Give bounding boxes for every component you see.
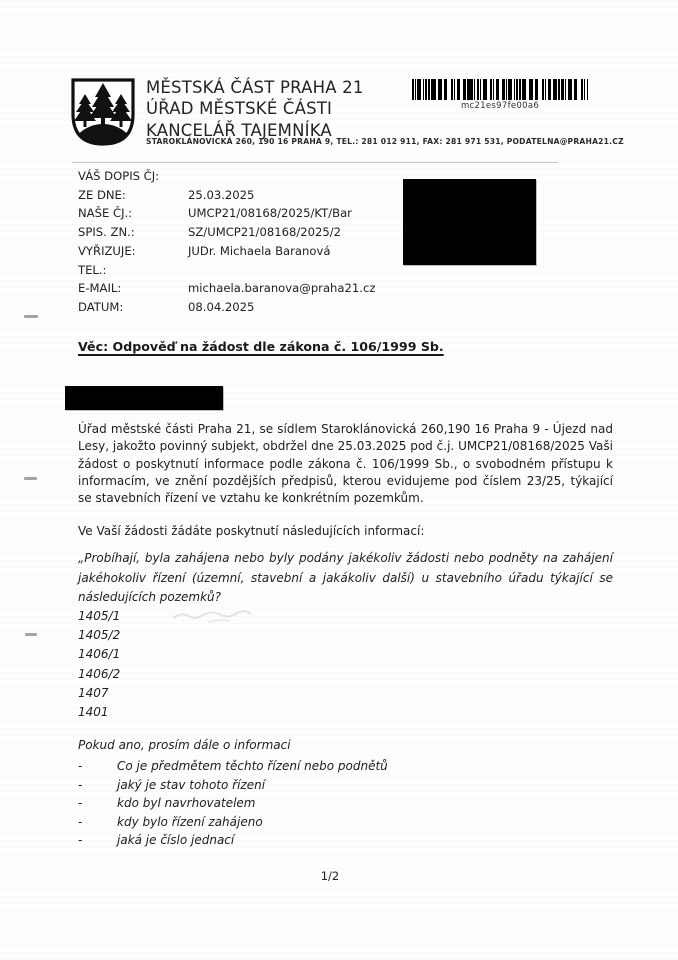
parcel-number: 1406/2 [78, 665, 120, 684]
list-item: -kdo byl navrhovatelem [78, 794, 388, 813]
body-paragraph-intro: Úřad městské části Praha 21, se sídlem S… [78, 421, 613, 507]
letterhead-org-block: MĚSTSKÁ ČÁST PRAHA 21 ÚŘAD MĚSTSKÉ ČÁSTI… [146, 77, 364, 141]
followup-item-text: kdo byl navrhovatelem [117, 794, 255, 813]
meta-label: ZE DNE: [78, 186, 188, 205]
meta-label: VYŘIZUJE: [78, 242, 188, 261]
meta-value: michaela.baranova@praha21.cz [188, 279, 375, 298]
fold-mark [24, 477, 37, 480]
org-name-line1: MĚSTSKÁ ČÁST PRAHA 21 [146, 77, 364, 98]
parcel-number-list: 1405/1 1405/2 1406/1 1406/2 1407 1401 [78, 607, 120, 722]
meta-row-vyrizuje: VYŘIZUJE:JUDr. Michaela Baranová [78, 242, 375, 261]
meta-row-spis-zn: SPIS. ZN.:SZ/UMCP21/08168/2025/2 [78, 223, 375, 242]
barcode-label: mc21es97fe00a6 [412, 101, 588, 111]
document-barcode: mc21es97fe00a6 [412, 79, 588, 111]
dash-bullet: - [78, 794, 117, 813]
header-divider [72, 162, 558, 163]
redacted-recipient-block [403, 179, 536, 265]
meta-label: DATUM: [78, 298, 188, 317]
meta-value: 25.03.2025 [188, 186, 254, 205]
barcode-icon [412, 79, 588, 100]
meta-label: VÁŠ DOPIS ČJ: [78, 167, 188, 186]
parcel-number: 1401 [78, 703, 120, 722]
meta-value: UMCP21/08168/2025/KT/Bar [188, 204, 352, 223]
meta-value: JUDr. Michaela Baranová [188, 242, 330, 261]
followup-item-text: Co je předmětem těchto řízení nebo podně… [117, 757, 388, 776]
list-item: -jaký je stav tohoto řízení [78, 776, 388, 795]
meta-row-nase-cj: NAŠE ČJ.:UMCP21/08168/2025/KT/Bar [78, 204, 375, 223]
list-item: -Co je předmětem těchto řízení nebo podn… [78, 757, 388, 776]
parcel-number: 1405/1 [78, 607, 120, 626]
fold-mark [25, 633, 37, 636]
scanned-letter-page: MĚSTSKÁ ČÁST PRAHA 21 ÚŘAD MĚSTSKÉ ČÁSTI… [0, 0, 678, 960]
fold-mark [24, 315, 38, 318]
coat-of-arms-icon [68, 76, 138, 148]
dash-bullet: - [78, 831, 117, 850]
meta-row-datum: DATUM:08.04.2025 [78, 298, 375, 317]
quoted-request-text: „Probíhají, byla zahájena nebo byly podá… [78, 549, 613, 608]
list-item: -jaká je číslo jednací [78, 831, 388, 850]
page-number: 1/2 [0, 869, 660, 883]
meta-value: SZ/UMCP21/08168/2025/2 [188, 223, 341, 242]
meta-label: NAŠE ČJ.: [78, 204, 188, 223]
reference-metadata-block: VÁŠ DOPIS ČJ: ZE DNE:25.03.2025 NAŠE ČJ.… [78, 167, 375, 317]
pencil-smudge-artifact [168, 606, 268, 626]
followup-question-list: -Co je předmětem těchto řízení nebo podn… [78, 757, 388, 850]
meta-row-ze-dne: ZE DNE:25.03.2025 [78, 186, 375, 205]
letterhead-address-line: STAROKLÁNOVICKÁ 260, 190 16 PRAHA 9, TEL… [146, 137, 624, 146]
parcel-number: 1406/1 [78, 645, 120, 664]
meta-label: SPIS. ZN.: [78, 223, 188, 242]
meta-row-tel: TEL.: [78, 261, 375, 280]
followup-intro-line: Pokud ano, prosím dále o informaci [78, 738, 291, 752]
followup-item-text: jaká je číslo jednací [117, 831, 234, 850]
list-item: -kdy bylo řízení zahájeno [78, 813, 388, 832]
followup-item-text: kdy bylo řízení zahájeno [117, 813, 263, 832]
body-paragraph-request-intro: Ve Vaší žádosti žádáte poskytnutí násled… [78, 523, 613, 540]
parcel-number: 1405/2 [78, 626, 120, 645]
meta-row-email: E-MAIL:michaela.baranova@praha21.cz [78, 279, 375, 298]
meta-label: E-MAIL: [78, 279, 188, 298]
parcel-number: 1407 [78, 684, 120, 703]
followup-item-text: jaký je stav tohoto řízení [117, 776, 265, 795]
dash-bullet: - [78, 776, 117, 795]
subject-line: Věc: Odpověď na žádost dle zákona č. 106… [78, 339, 444, 354]
dash-bullet: - [78, 757, 117, 776]
meta-row-vas-dopis: VÁŠ DOPIS ČJ: [78, 167, 375, 186]
redacted-addressee-bar [65, 386, 223, 410]
dash-bullet: - [78, 813, 117, 832]
meta-value: 08.04.2025 [188, 298, 254, 317]
meta-label: TEL.: [78, 261, 188, 280]
org-name-line2: ÚŘAD MĚSTSKÉ ČÁSTI [146, 98, 364, 119]
